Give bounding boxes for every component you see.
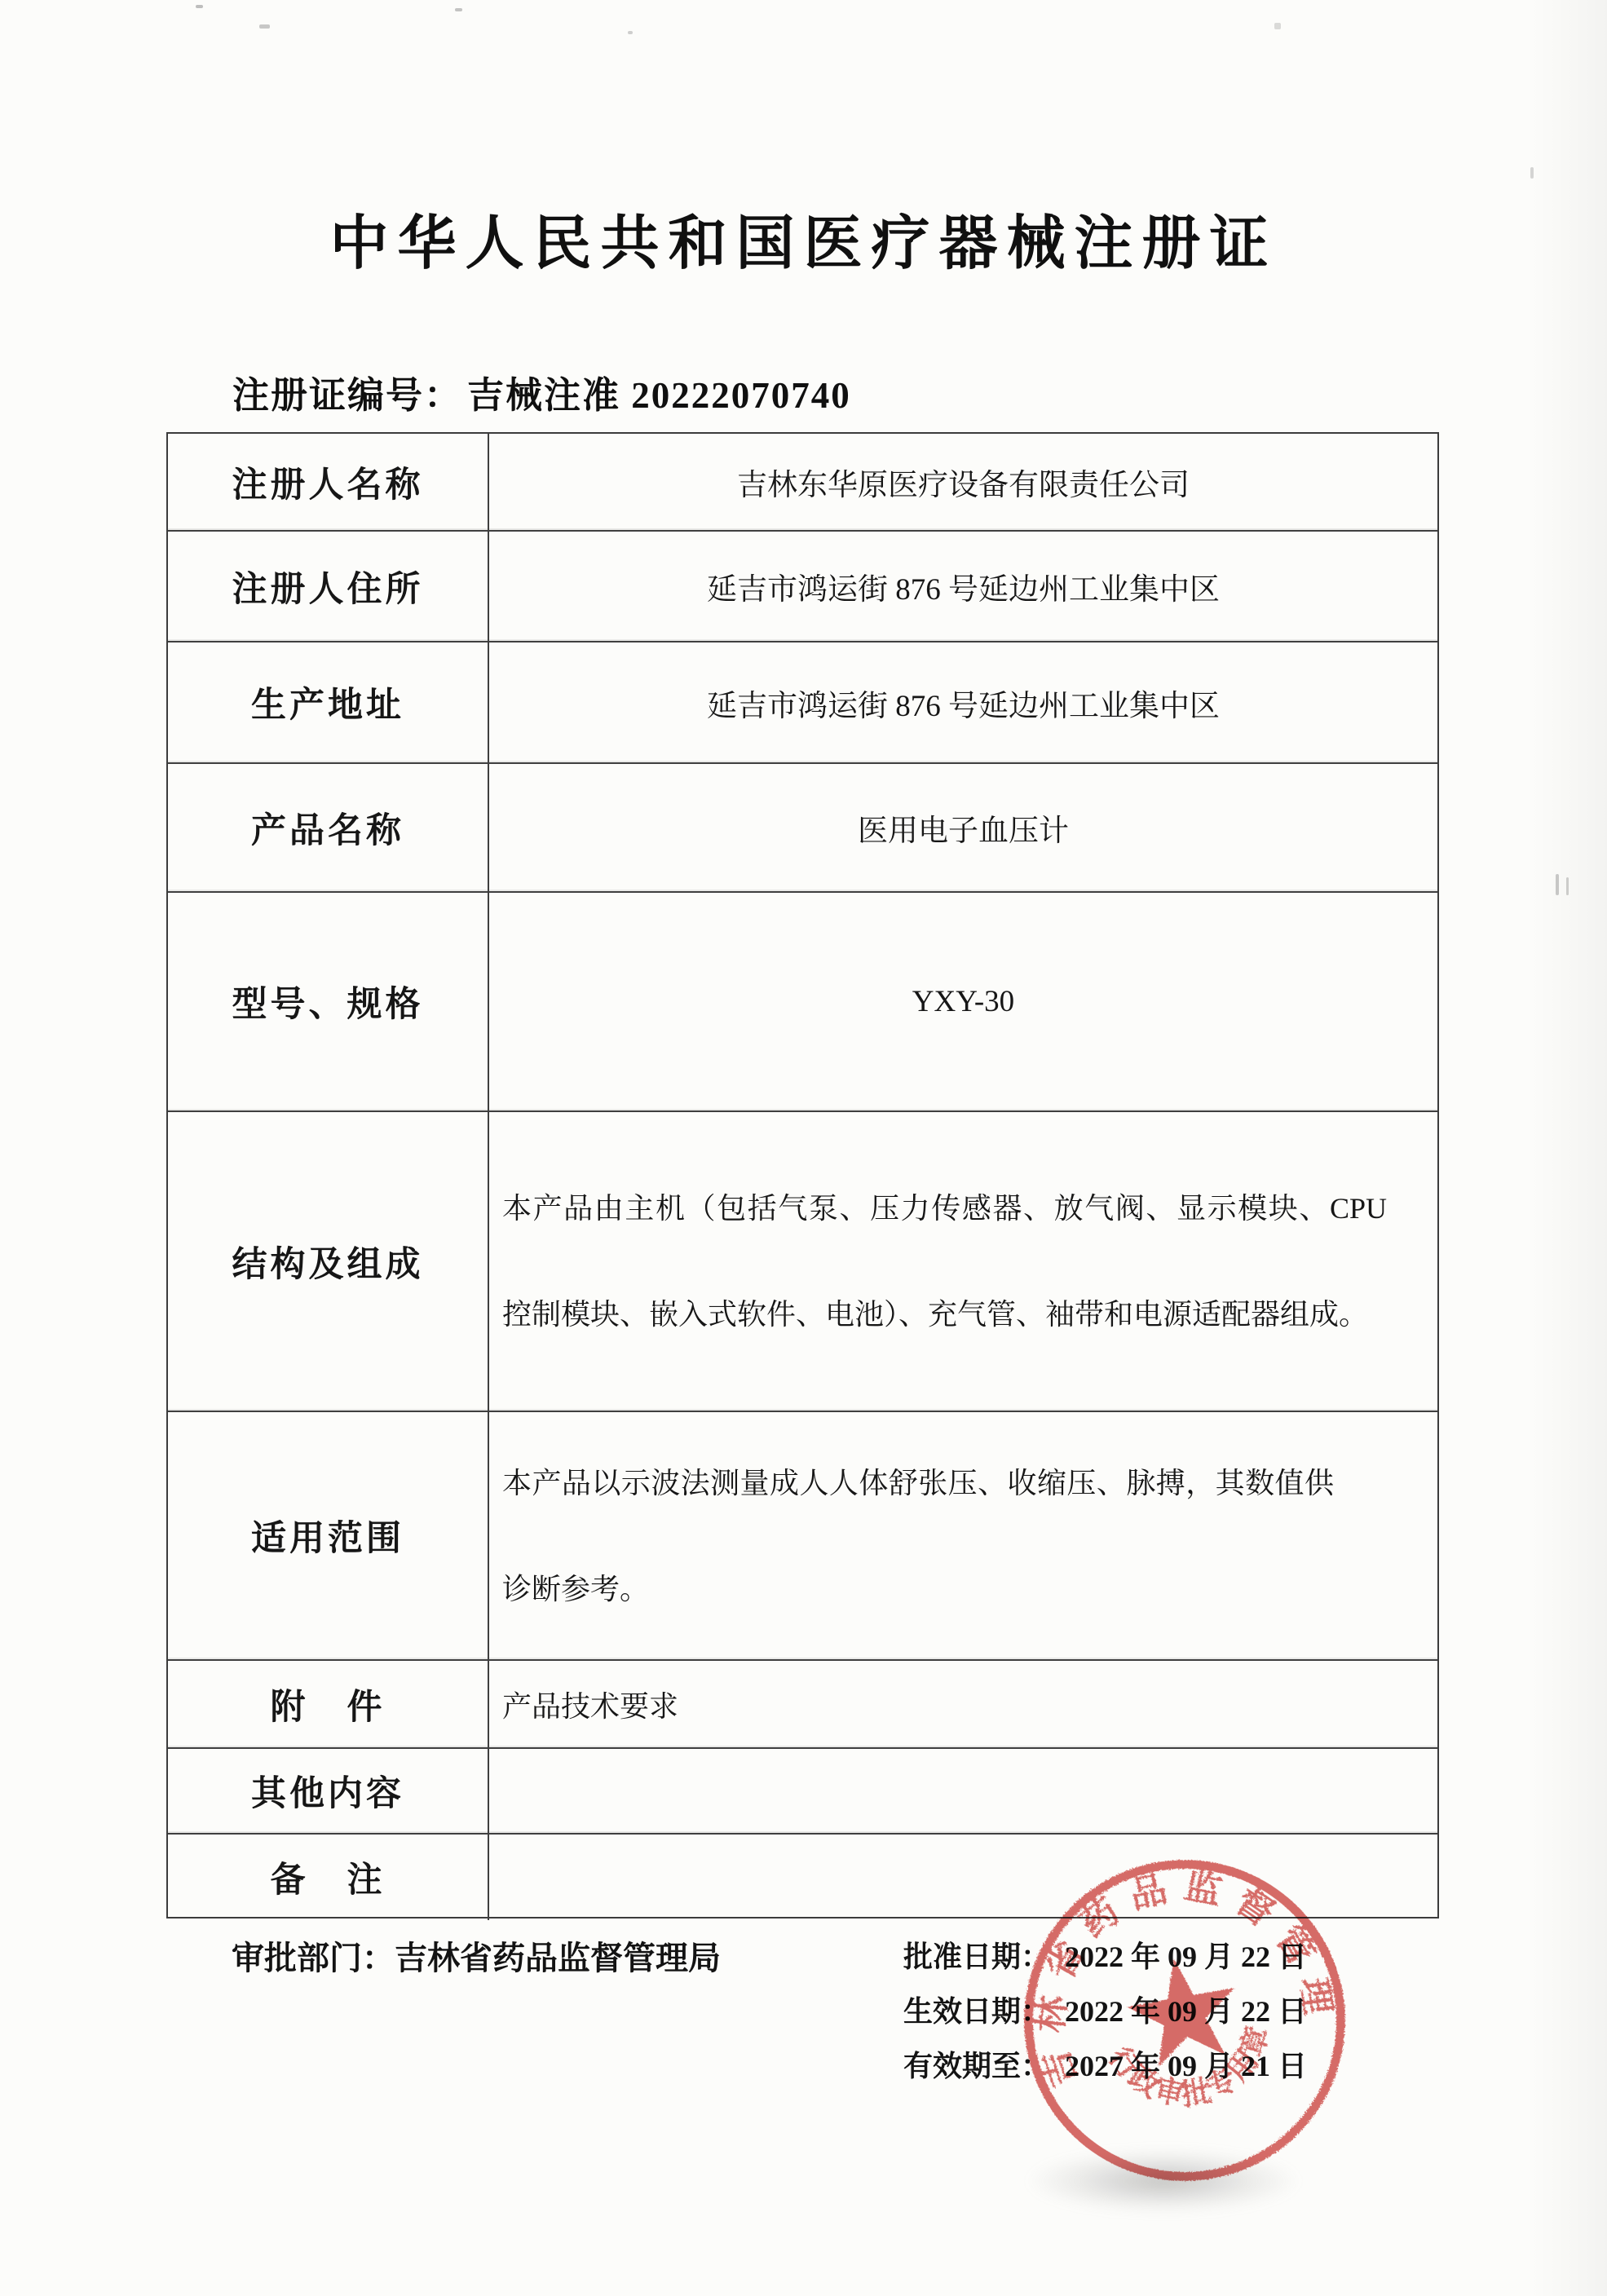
row-label: 注册人名称 xyxy=(168,434,489,530)
row-label: 产品名称 xyxy=(168,764,489,891)
table-row-product-name: 产品名称 医用电子血压计 xyxy=(168,762,1437,891)
scan-speck xyxy=(196,5,203,8)
registration-number-label: 注册证编号： xyxy=(232,375,462,416)
row-label: 注册人住所 xyxy=(168,532,489,641)
scan-speck xyxy=(1274,23,1281,29)
approval-department-value: 吉林省药品监督管理局 xyxy=(395,1932,721,1979)
scan-speck xyxy=(1566,877,1569,895)
row-value: 本产品以示波法测量成人人体舒张压、收缩压、脉搏，其数值供诊断参考。 xyxy=(489,1412,1437,1659)
row-value: 产品技术要求 xyxy=(489,1661,1437,1747)
row-label: 适用范围 xyxy=(168,1412,489,1659)
stamp-star-icon xyxy=(1120,1949,1246,2069)
row-value: 医用电子血压计 xyxy=(489,764,1437,891)
row-value: 本产品由主机（包括气泵、压力传感器、放气阀、显示模块、CPU 控制模块、嵌入式软… xyxy=(489,1112,1437,1411)
registration-number-line: 注册证编号：吉械注准 20222070740 xyxy=(232,365,851,418)
table-row-registrant-address: 注册人住所 延吉市鸿运街 876 号延边州工业集中区 xyxy=(168,530,1437,641)
official-seal-stamp: 吉林省药品监督管理局 行政审批专用章 xyxy=(986,1821,1383,2220)
table-row-structure-composition: 结构及组成 本产品由主机（包括气泵、压力传感器、放气阀、显示模块、CPU 控制模… xyxy=(168,1110,1437,1411)
table-row-model-spec: 型号、规格 YXY-30 xyxy=(168,891,1437,1110)
scan-speck xyxy=(259,24,270,29)
table-row-intended-use: 适用范围 本产品以示波法测量成人人体舒张压、收缩压、脉搏，其数值供诊断参考。 xyxy=(168,1411,1437,1659)
approval-department-label: 审批部门： xyxy=(232,1932,395,1979)
row-value-text: 本产品以示波法测量成人人体舒张压、收缩压、脉搏，其数值供诊断参考。 xyxy=(502,1430,1334,1642)
table-row-other-content: 其他内容 xyxy=(168,1747,1437,1833)
table-row-attachment: 附 件 产品技术要求 xyxy=(168,1659,1437,1747)
row-label: 备 注 xyxy=(168,1835,489,1920)
certificate-table: 注册人名称 吉林东华原医疗设备有限责任公司 注册人住所 延吉市鸿运街 876 号… xyxy=(166,432,1439,1918)
table-row-registrant-name: 注册人名称 吉林东华原医疗设备有限责任公司 xyxy=(168,434,1437,530)
row-value-text: 产品技术要求 xyxy=(502,1684,678,1725)
row-label: 其他内容 xyxy=(168,1749,489,1833)
row-label: 附 件 xyxy=(168,1661,489,1747)
approval-department-line: 审批部门：吉林省药品监督管理局 xyxy=(232,1934,721,1976)
row-value: 延吉市鸿运街 876 号延边州工业集中区 xyxy=(489,532,1437,641)
page-title: 中华人民共和国医疗器械注册证 xyxy=(0,196,1607,280)
scan-speck xyxy=(1556,874,1559,895)
certificate-page: 中华人民共和国医疗器械注册证 注册证编号：吉械注准 20222070740 注册… xyxy=(0,0,1607,2296)
row-value: YXY-30 xyxy=(489,893,1437,1110)
row-label: 生产地址 xyxy=(168,642,489,762)
row-label: 型号、规格 xyxy=(168,893,489,1110)
scan-speck xyxy=(1530,167,1534,179)
row-value xyxy=(489,1749,1437,1833)
scan-edge-shade xyxy=(1530,0,1607,2296)
scan-speck xyxy=(455,8,462,11)
row-label: 结构及组成 xyxy=(168,1112,489,1411)
registration-number-value: 吉械注准 20222070740 xyxy=(467,375,851,416)
scan-speck xyxy=(628,31,633,34)
row-value: 延吉市鸿运街 876 号延边州工业集中区 xyxy=(489,642,1437,762)
row-value-text: 本产品由主机（包括气泵、压力传感器、放气阀、显示模块、CPU 控制模块、嵌入式软… xyxy=(502,1155,1387,1367)
table-row-production-address: 生产地址 延吉市鸿运街 876 号延边州工业集中区 xyxy=(168,641,1437,762)
row-value: 吉林东华原医疗设备有限责任公司 xyxy=(489,434,1437,530)
